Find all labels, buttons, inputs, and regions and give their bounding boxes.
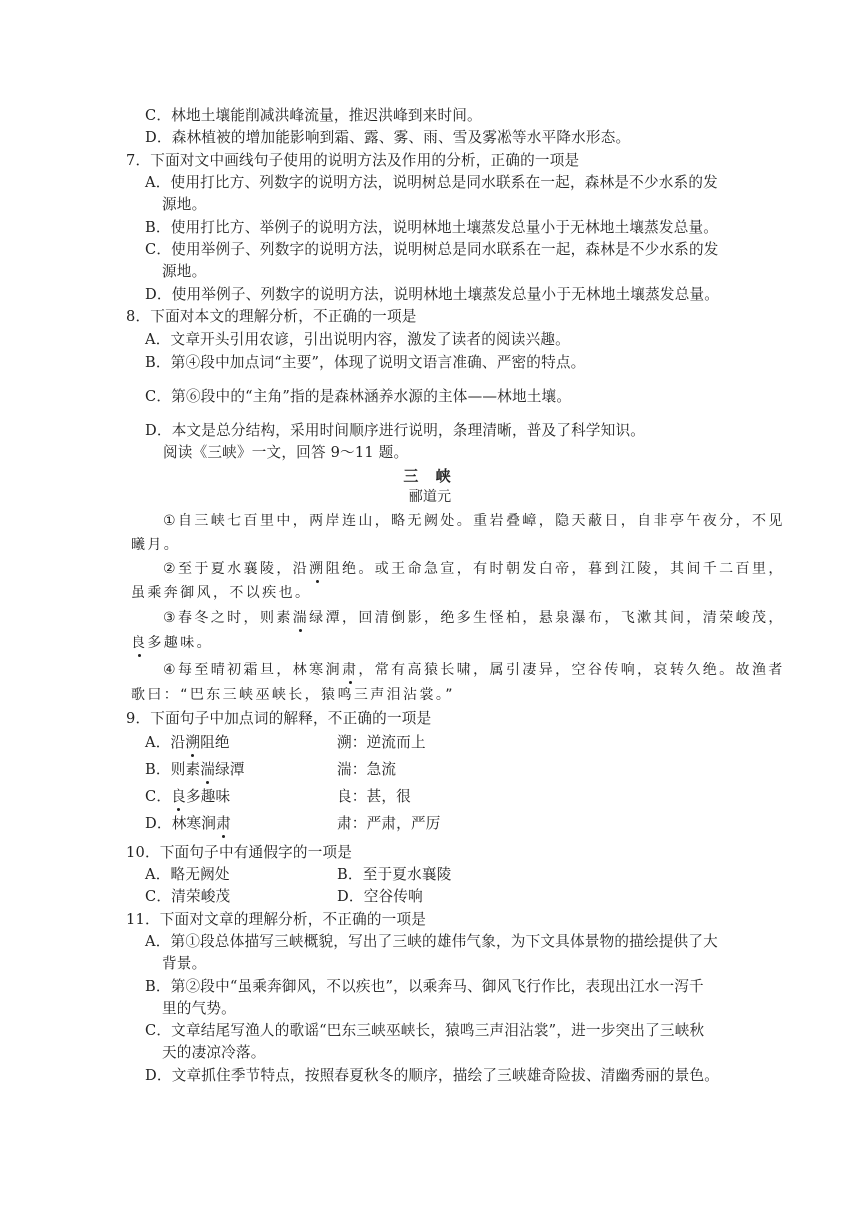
- option-label: C．: [145, 388, 171, 405]
- option-label: D．: [145, 1067, 172, 1084]
- passage-author: 郦道元: [0, 487, 860, 507]
- q7-option-a: A．使用打比方、列数字的说明方法，说明树总是同水联系在一起，森林是不少水系的发: [145, 173, 718, 193]
- q7-option-b: B．使用打比方、举例子的说明方法，说明林地土壤蒸发总量小于无林地土壤蒸发总量。: [145, 218, 718, 238]
- option-text: 林地土壤能削减洪峰流量，推迟洪峰到来时间。: [171, 107, 482, 124]
- q11-option-a: A．第①段总体描写三峡概貌，写出了三峡的雄伟气象，为下文具体景物的描绘提供了大: [145, 932, 718, 952]
- q11-option-b-cont: 里的气势。: [162, 999, 236, 1019]
- option-label: B．: [145, 761, 171, 778]
- q11-option-b: B．第②段中“虽乘奔御风，不以疾也”，以乘奔马、御风飞行作比，表现出江水一泻千: [145, 977, 704, 997]
- option-text: 文章开头引用农谚，引出说明内容，激发了读者的阅读兴趣。: [171, 331, 570, 348]
- q9-option-d-gloss: 肃：严肃，严厉: [337, 814, 441, 834]
- passage-p4-line1: ④每至晴初霜旦，林寒涧肃，常有高猿长啸，属引凄异，空谷传响，哀转久绝。故渔者: [163, 660, 785, 680]
- option-label: B．: [145, 978, 171, 995]
- q11-option-d: D．文章抓住季节特点，按照春夏秋冬的顺序，描绘了三峡雄奇险拔、清幽秀丽的景色。: [145, 1066, 719, 1086]
- text: 绿潭，回清倒影，绝多生怪柏，悬泉瀑布，飞漱其间，清荣峻茂，: [309, 610, 785, 626]
- option-text: 使用举例子、列数字的说明方法，说明树总是同水联系在一起，森林是不少水系的发: [171, 241, 718, 258]
- option-text: 至于夏水襄陵: [363, 866, 452, 883]
- q8-stem: 8．下面对本文的理解分析，不正确的一项是: [126, 307, 417, 327]
- text: 林寒涧: [172, 815, 216, 832]
- text: 阻绝。或王命急宣，有时朝发白帝，暮到江陵，其间千二百里，: [326, 561, 785, 577]
- text: 则素: [171, 761, 201, 778]
- q7-option-c-cont: 源地。: [162, 262, 206, 282]
- option-text: 第①段总体描写三峡概貌，写出了三峡的雄伟气象，为下文具体景物的描绘提供了大: [171, 933, 718, 950]
- option-text: 文章抓住季节特点，按照春夏秋冬的顺序，描绘了三峡雄奇险拔、清幽秀丽的景色。: [172, 1067, 719, 1084]
- option-label: B．: [145, 219, 171, 236]
- q9-stem: 9．下面句子中加点词的解释，不正确的一项是: [126, 709, 431, 729]
- option-label: A．: [145, 174, 171, 191]
- option-label: A．: [145, 331, 171, 348]
- text: 绿潭: [215, 761, 245, 778]
- emphasis-dot-word: 肃: [342, 660, 358, 680]
- q9-option-c: C．良多趣味: [145, 787, 230, 807]
- text: 多趣味。: [147, 635, 213, 651]
- q9-option-b-gloss: 湍：急流: [337, 760, 396, 780]
- q9-option-c-gloss: 良：甚，很: [337, 787, 411, 807]
- option-text: 使用打比方、举例子的说明方法，说明林地土壤蒸发总量小于无林地土壤蒸发总量。: [171, 219, 718, 236]
- q10-option-d: D．空谷传响: [337, 887, 423, 907]
- option-label: B．: [145, 354, 171, 371]
- q7-option-d: D．使用举例子、列数字的说明方法，说明林地土壤蒸发总量小于无林地土壤蒸发总量。: [145, 285, 719, 305]
- option-text: 第④段中加点词“主要”，体现了说明文语言准确、严密的特点。: [171, 354, 586, 371]
- q9-option-a: A．沿溯阻绝: [145, 733, 230, 753]
- q7-option-c: C．使用举例子、列数字的说明方法，说明树总是同水联系在一起，森林是不少水系的发: [145, 240, 719, 260]
- q6-option-c: C．林地土壤能削减洪峰流量，推迟洪峰到来时间。: [145, 106, 482, 126]
- option-label: A．: [145, 734, 171, 751]
- q11-option-c: C．文章结尾写渔人的歌谣“巴东三峡巫峡长，猿鸣三声泪沾裳”，进一步突出了三峡秋: [145, 1021, 704, 1041]
- option-text: 森林植被的增加能影响到霜、露、雾、雨、雪及雾凇等水平降水形态。: [172, 129, 631, 146]
- text: ，常有高猿长啸，属引凄异，空谷传响，哀转久绝。故渔者: [358, 662, 784, 678]
- passage-p1-line2: 曦月。: [131, 535, 180, 555]
- option-text: 使用打比方、列数字的说明方法，说明树总是同水联系在一起，森林是不少水系的发: [171, 174, 718, 191]
- option-label: D．: [145, 129, 172, 146]
- q9-option-d: D．林寒涧肃: [145, 814, 231, 834]
- q9-option-b: B．则素湍绿潭: [145, 760, 245, 780]
- option-text: 第②段中“虽乘奔御风，不以疾也”，以乘奔马、御风飞行作比，表现出江水一泻千: [171, 978, 704, 995]
- option-label: A．: [145, 866, 171, 883]
- option-text: 清荣峻茂: [171, 888, 230, 905]
- option-label: D．: [145, 815, 172, 832]
- reading-intro: 阅读《三峡》一文，回答 9～11 题。: [163, 443, 408, 463]
- text: 多趣味: [186, 788, 230, 805]
- text: 阻绝: [200, 734, 230, 751]
- passage-title: 三 峡: [0, 466, 860, 486]
- text: ④每至晴初霜旦，林寒涧: [163, 662, 342, 678]
- q8-option-d: D．本文是总分结构，采用时间顺序进行说明，条理清晰，普及了科学知识。: [145, 421, 645, 441]
- option-label: A．: [145, 933, 171, 950]
- option-label: D．: [145, 286, 172, 303]
- option-label: C．: [145, 107, 171, 124]
- text: ②至于夏水襄陵，沿: [163, 561, 309, 577]
- q8-option-b: B．第④段中加点词“主要”，体现了说明文语言准确、严密的特点。: [145, 353, 585, 373]
- option-text: 本文是总分结构，采用时间顺序进行说明，条理清晰，普及了科学知识。: [172, 422, 645, 439]
- option-text: 文章结尾写渔人的歌谣“巴东三峡巫峡长，猿鸣三声泪沾裳”，进一步突出了三峡秋: [171, 1022, 704, 1039]
- q11-option-a-cont: 背景。: [162, 954, 206, 974]
- option-label: C．: [145, 241, 171, 258]
- q8-option-c: C．第⑥段中的“主角”指的是森林涵养水源的主体——林地土壤。: [145, 387, 571, 407]
- text: ③春冬之时，则素: [163, 610, 293, 626]
- option-label: C．: [145, 1022, 171, 1039]
- emphasis-dot-word: 溯: [309, 559, 325, 579]
- emphasis-dot-word: 湍: [293, 608, 309, 628]
- passage-p2-line2: 虽乘奔御风，不以疾也。: [131, 583, 311, 603]
- emphasis-dot-word: 溯: [185, 733, 200, 753]
- q7-option-a-cont: 源地。: [162, 195, 206, 215]
- q9-option-a-gloss: 溯：逆流而上: [337, 733, 426, 753]
- emphasis-dot-word: 良: [131, 633, 147, 653]
- option-label: C．: [145, 788, 171, 805]
- option-label: D．: [337, 888, 364, 905]
- passage-p1-line1: ①自三峡七百里中，两岸连山，略无阙处。重岩叠嶂，隐天蔽日，自非亭午夜分，不见: [163, 511, 785, 531]
- option-text: 略无阙处: [171, 866, 230, 883]
- q8-option-a: A．文章开头引用农谚，引出说明内容，激发了读者的阅读兴趣。: [145, 330, 570, 350]
- passage-p3-line1: ③春冬之时，则素湍绿潭，回清倒影，绝多生怪柏，悬泉瀑布，飞漱其间，清荣峻茂，: [163, 608, 785, 628]
- option-text: 使用举例子、列数字的说明方法，说明林地土壤蒸发总量小于无林地土壤蒸发总量。: [172, 286, 719, 303]
- passage-p3-line2: 良多趣味。: [131, 633, 213, 653]
- exam-page: C．林地土壤能削减洪峰流量，推迟洪峰到来时间。 D．森林植被的增加能影响到霜、露…: [0, 0, 860, 1216]
- passage-p4-line2: 歌曰：“巴东三峡巫峡长，猿鸣三声泪沾裳。”: [131, 685, 455, 705]
- q11-option-c-cont: 天的凄凉冷落。: [162, 1043, 266, 1063]
- option-label: C．: [145, 888, 171, 905]
- option-text: 空谷传响: [364, 888, 423, 905]
- q11-stem: 11．下面对文章的理解分析，不正确的一项是: [126, 910, 426, 930]
- option-label: D．: [145, 422, 172, 439]
- emphasis-dot-word: 肃: [216, 814, 231, 834]
- q10-option-a: A．略无阙处: [145, 865, 230, 885]
- q10-option-c: C．清荣峻茂: [145, 887, 230, 907]
- q6-option-d: D．森林植被的增加能影响到霜、露、雾、雨、雪及雾凇等水平降水形态。: [145, 128, 630, 148]
- option-text: 第⑥段中的“主角”指的是森林涵养水源的主体——林地土壤。: [171, 388, 571, 405]
- q7-stem: 7．下面对文中画线句子使用的说明方法及作用的分析，正确的一项是: [126, 151, 579, 171]
- q10-stem: 10．下面句子中有通假字的一项是: [126, 843, 352, 863]
- option-label: B．: [337, 866, 363, 883]
- emphasis-dot-word: 湍: [200, 760, 215, 780]
- emphasis-dot-word: 良: [171, 787, 186, 807]
- q10-option-b: B．至于夏水襄陵: [337, 865, 451, 885]
- text: 沿: [171, 734, 186, 751]
- passage-p2-line1: ②至于夏水襄陵，沿溯阻绝。或王命急宣，有时朝发白帝，暮到江陵，其间千二百里，: [163, 559, 785, 579]
